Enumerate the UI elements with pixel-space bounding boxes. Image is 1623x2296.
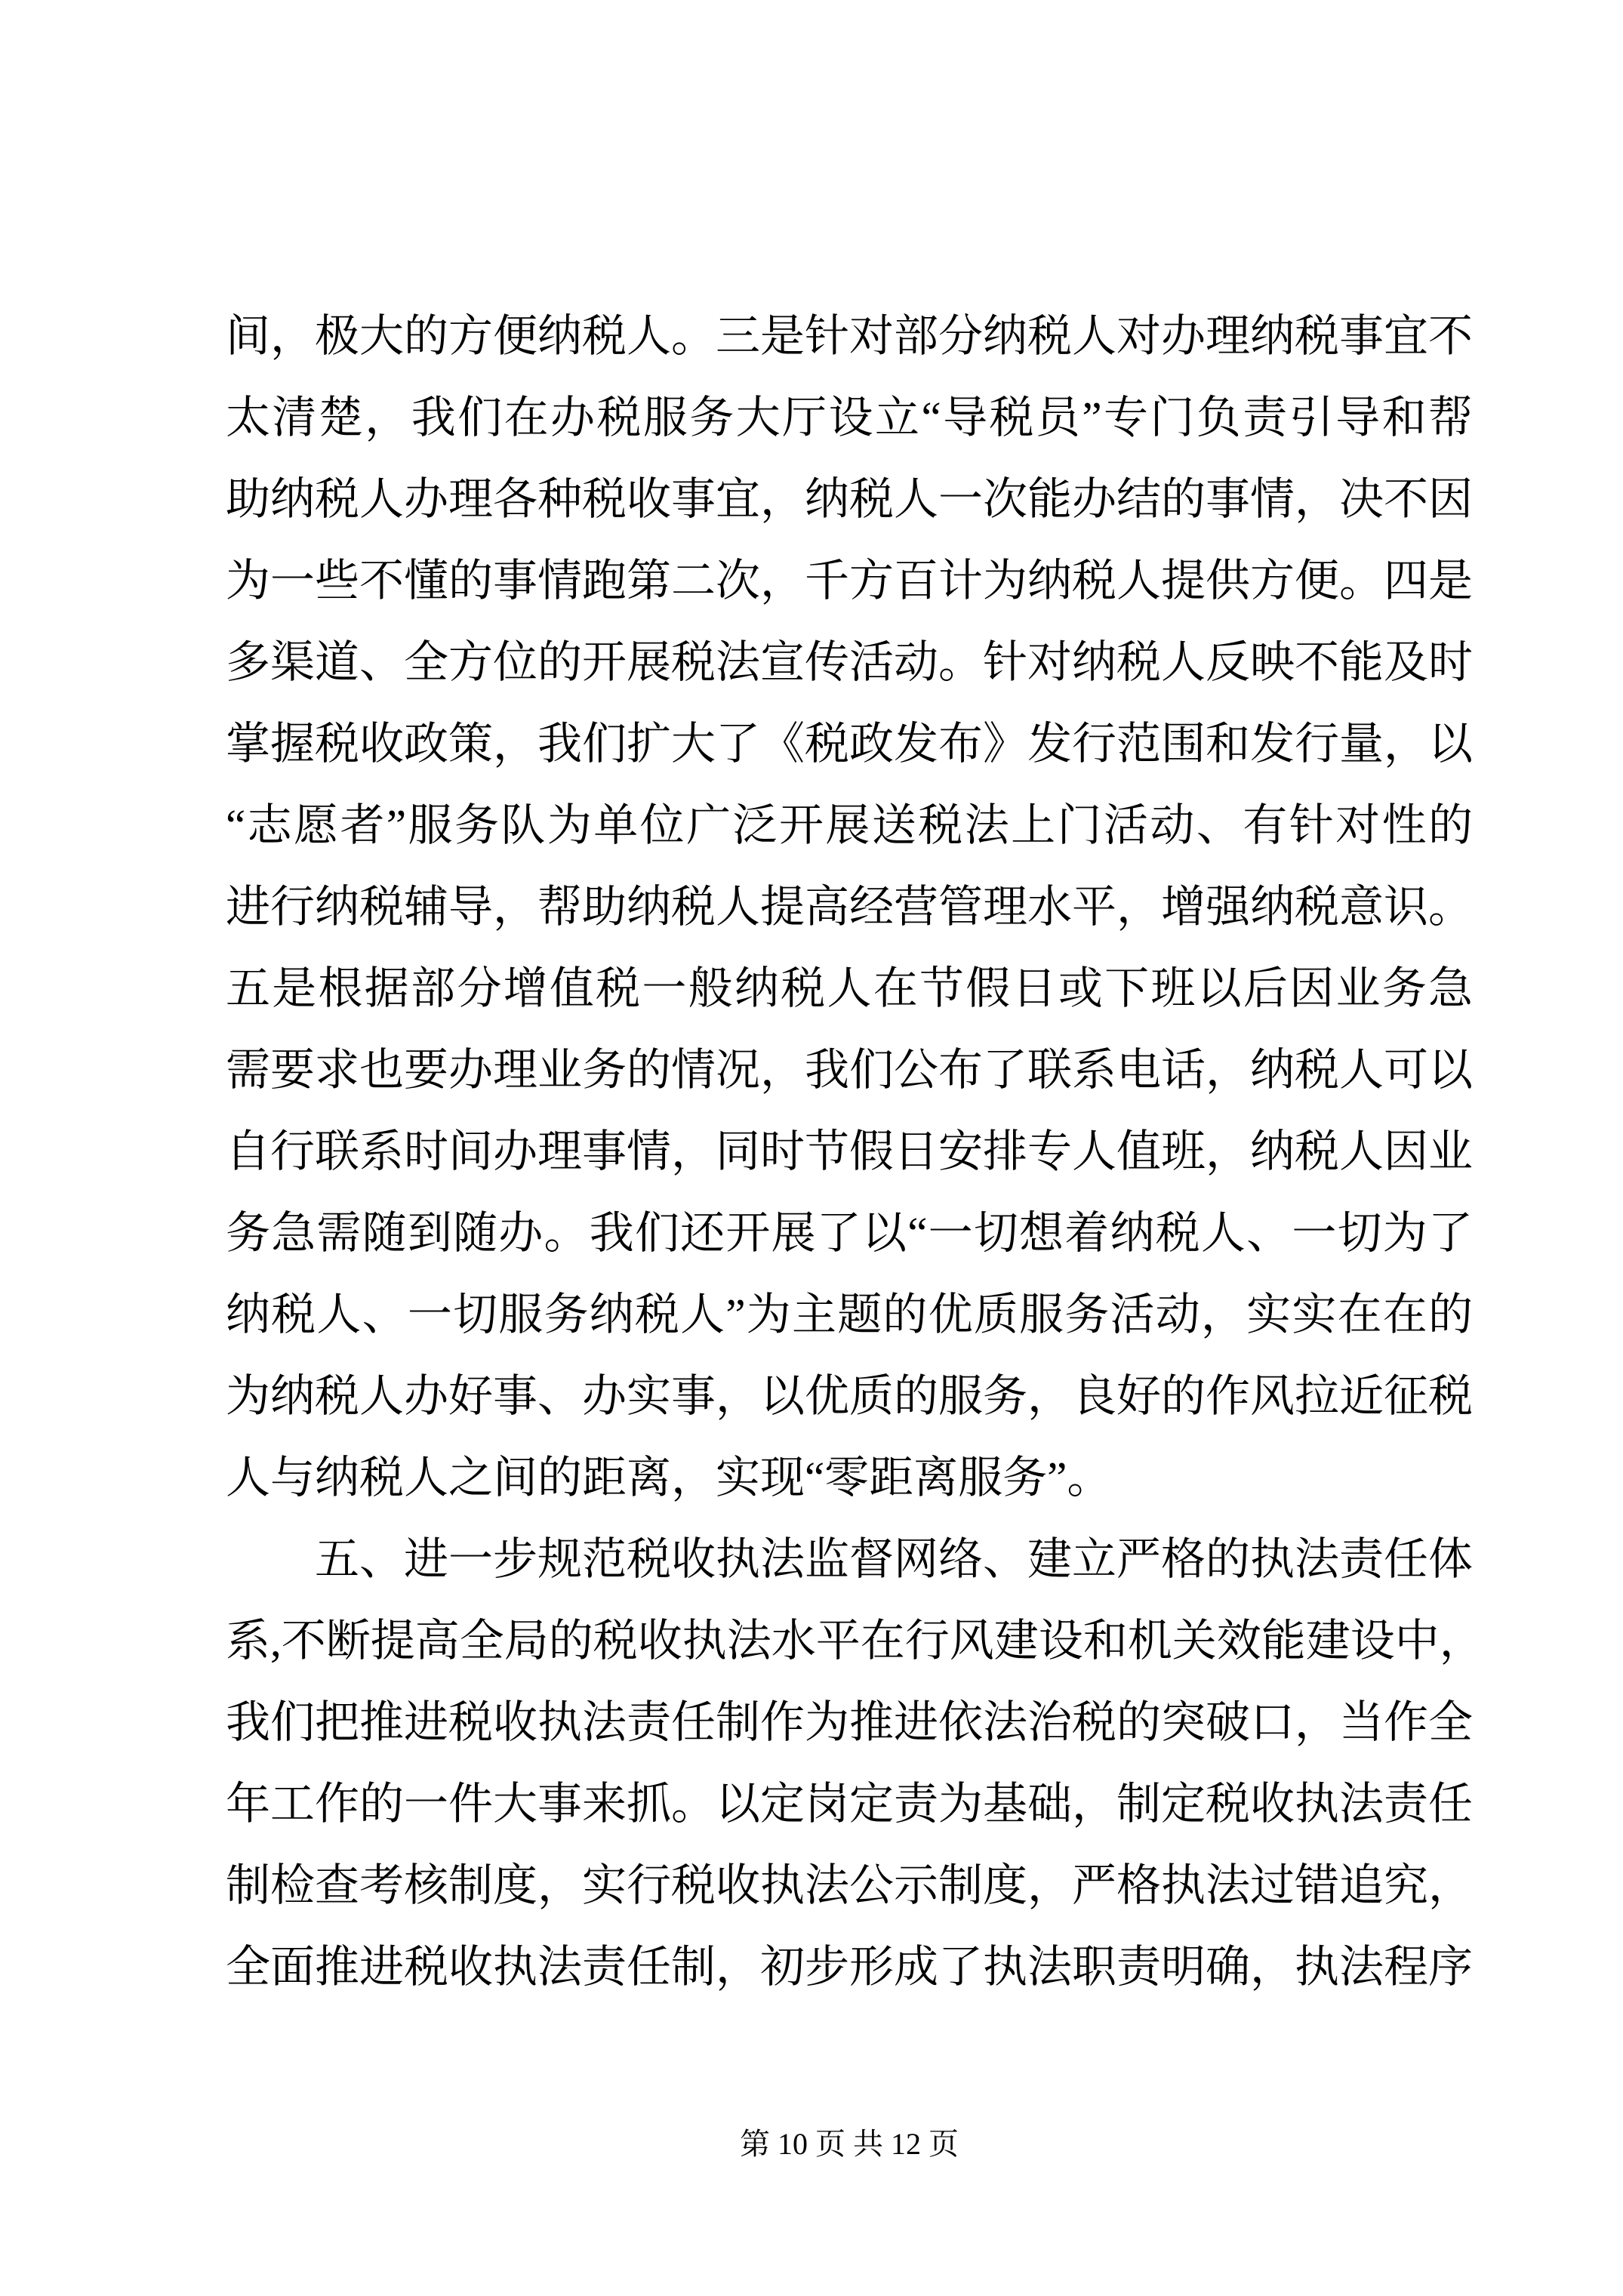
text-line: 人与纳税人之间的距离，实现“零距离服务”。 <box>226 1437 1473 1518</box>
text-line: 为一些不懂的事情跑第二次，千方百计为纳税人提供方便。四是 <box>226 540 1473 621</box>
text-line: 需要求也要办理业务的情况，我们公布了联系电话，纳税人可以 <box>226 1029 1473 1111</box>
document-page: 间，极大的方便纳税人。三是针对部分纳税人对办理纳税事宜不 太清楚，我们在办税服务… <box>0 0 1623 2296</box>
text-line: 全面推进税收执法责任制，初步形成了执法职责明确，执法程序 <box>226 1926 1473 2008</box>
text-line: 纳税人、一切服务纳税人”为主题的优质服务活动，实实在在的 <box>226 1274 1473 1355</box>
text-line: 进行纳税辅导，帮助纳税人提高经营管理水平，增强纳税意识。 <box>226 866 1473 948</box>
page-footer: 第 10 页 共 12 页 <box>226 2123 1473 2165</box>
text-line: 务急需随到随办。我们还开展了以“一切想着纳税人、一切为了 <box>226 1192 1473 1274</box>
text-line: 助纳税人办理各种税收事宜，纳税人一次能办结的事情，决不因 <box>226 458 1473 540</box>
text-line: 间，极大的方便纳税人。三是针对部分纳税人对办理纳税事宜不 <box>226 295 1473 377</box>
text-line: 多渠道、全方位的开展税法宣传活动。针对纳税人反映不能及时 <box>226 621 1473 703</box>
document-body: 间，极大的方便纳税人。三是针对部分纳税人对办理纳税事宜不 太清楚，我们在办税服务… <box>226 295 1473 2008</box>
text-line: 为纳税人办好事、办实事，以优质的服务，良好的作风拉近征税 <box>226 1355 1473 1437</box>
text-line: 五是根据部分增值税一般纳税人在节假日或下班以后因业务急 <box>226 948 1473 1029</box>
page-number-text: 第 10 页 共 12 页 <box>740 2127 959 2161</box>
text-line: 制检查考核制度，实行税收执法公示制度，严格执法过错追究， <box>226 1845 1473 1926</box>
text-line-paragraph-start: 五、进一步规范税收执法监督网络、建立严格的执法责任体 <box>226 1518 1473 1600</box>
text-line: 我们把推进税收执法责任制作为推进依法治税的突破口，当作全 <box>226 1681 1473 1763</box>
text-line: 年工作的一件大事来抓。以定岗定责为基础，制定税收执法责任 <box>226 1763 1473 1845</box>
text-line: “志愿者”服务队为单位广泛开展送税法上门活动、有针对性的 <box>226 784 1473 866</box>
text-line: 太清楚，我们在办税服务大厅设立“导税员”专门负责引导和帮 <box>226 377 1473 458</box>
text-line: 掌握税收政策，我们扩大了《税政发布》发行范围和发行量，以 <box>226 703 1473 784</box>
text-line: 自行联系时间办理事情，同时节假日安排专人值班，纳税人因业 <box>226 1111 1473 1192</box>
text-line: 系,不断提高全局的税收执法水平在行风建设和机关效能建设中， <box>226 1600 1473 1681</box>
